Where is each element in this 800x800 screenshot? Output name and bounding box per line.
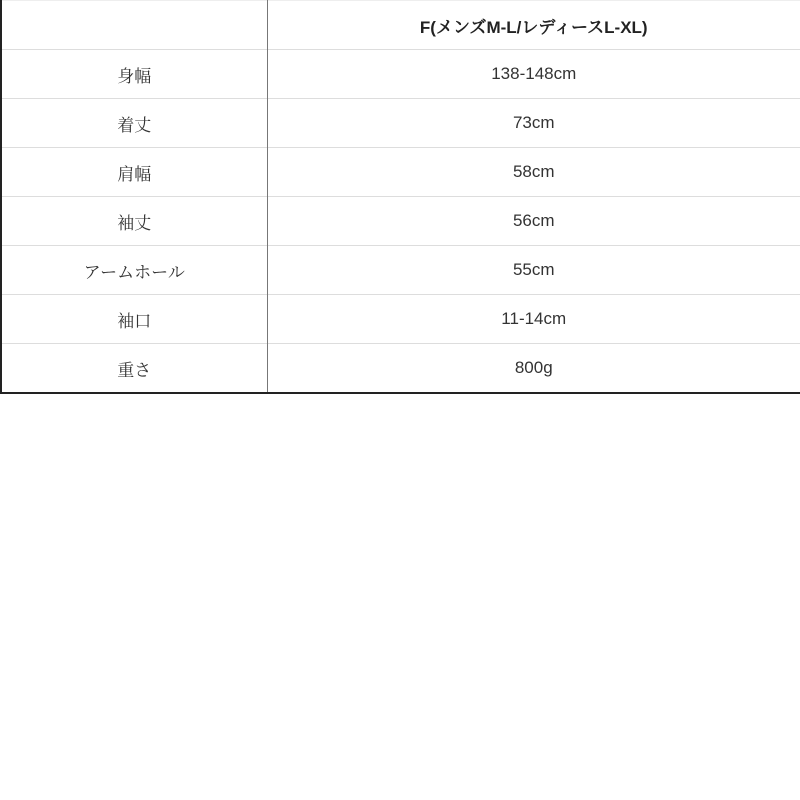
table-row: アームホール 55cm bbox=[1, 246, 800, 295]
table-row: 重さ 800g bbox=[1, 344, 800, 394]
measurement-value: 56cm bbox=[267, 197, 800, 246]
page: F(メンズM-L/レディースL-XL) 身幅 138-148cm 着丈 73cm… bbox=[0, 0, 800, 800]
measurement-label: 着丈 bbox=[1, 99, 267, 148]
measurement-value: 73cm bbox=[267, 99, 800, 148]
measurement-label: 肩幅 bbox=[1, 148, 267, 197]
measurement-value: 55cm bbox=[267, 246, 800, 295]
table-row: 着丈 73cm bbox=[1, 99, 800, 148]
measurement-label: アームホール bbox=[1, 246, 267, 295]
size-chart-size-header: F(メンズM-L/レディースL-XL) bbox=[267, 1, 800, 50]
measurement-value: 800g bbox=[267, 344, 800, 394]
measurement-value: 58cm bbox=[267, 148, 800, 197]
measurement-value: 11-14cm bbox=[267, 295, 800, 344]
measurement-value: 138-148cm bbox=[267, 50, 800, 99]
size-chart-header-row: F(メンズM-L/レディースL-XL) bbox=[1, 1, 800, 50]
table-row: 身幅 138-148cm bbox=[1, 50, 800, 99]
measurement-label: 身幅 bbox=[1, 50, 267, 99]
size-chart-table: F(メンズM-L/レディースL-XL) 身幅 138-148cm 着丈 73cm… bbox=[0, 0, 800, 394]
measurement-label: 袖丈 bbox=[1, 197, 267, 246]
table-row: 袖口 11-14cm bbox=[1, 295, 800, 344]
measurement-label: 重さ bbox=[1, 344, 267, 394]
table-row: 袖丈 56cm bbox=[1, 197, 800, 246]
table-row: 肩幅 58cm bbox=[1, 148, 800, 197]
size-chart-corner-cell bbox=[1, 1, 267, 50]
measurement-label: 袖口 bbox=[1, 295, 267, 344]
